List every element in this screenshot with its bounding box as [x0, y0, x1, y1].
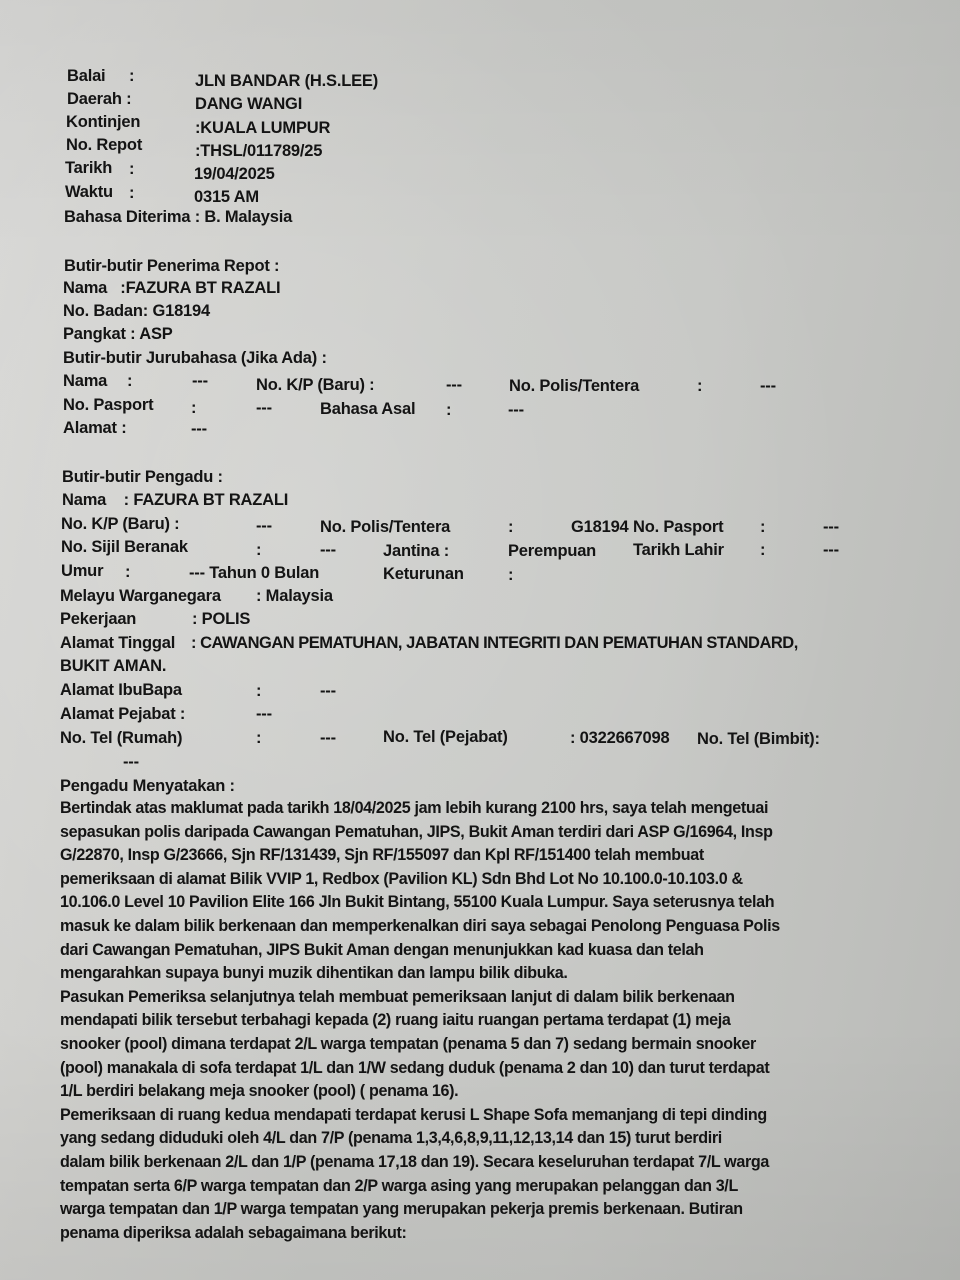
complainant-birthcert-label: No. Sijil Beranak [61, 537, 188, 557]
complainant-name: Nama : FAZURA BT RAZALI [62, 490, 288, 510]
tarikh-colon: : [129, 159, 134, 179]
statement-line: dari Cawangan Pematuhan, JIPS Bukit Aman… [60, 939, 860, 963]
complainant-kp-value: --- [256, 516, 272, 536]
no-repot-label: No. Repot [66, 135, 142, 155]
balai-colon: : [129, 66, 134, 86]
complainant-parents-address-label: Alamat IbuBapa [60, 680, 182, 700]
complainant-age-label: Umur [61, 561, 103, 581]
receiver-badge-no: No. Badan: G18194 [63, 301, 210, 321]
tarikh-value: 19/04/2025 [194, 164, 275, 184]
balai-label: Balai [67, 66, 105, 86]
complainant-home-tel-colon: : [256, 728, 261, 748]
complainant-parents-address-colon: : [256, 681, 261, 701]
complainant-race-colon: : [508, 565, 513, 585]
statement-line: mendapati bilik tersebut terbahagi kepad… [60, 1009, 860, 1033]
complainant-age-value: --- Tahun 0 Bulan [189, 563, 319, 583]
complainant-dob-value: --- [823, 540, 839, 560]
statement-line: Pasukan Pemeriksa selanjutnya telah memb… [60, 986, 860, 1010]
daerah-label: Daerah : [67, 89, 131, 109]
statement-line: (pool) manakala di sofa terdapat 1/L dan… [60, 1057, 860, 1081]
statement-body: Bertindak atas maklumat pada tarikh 18/0… [60, 797, 880, 1245]
complainant-office-tel-value: : 0322667098 [570, 728, 669, 748]
complainant-dob-label: Tarikh Lahir [633, 540, 724, 560]
balai-value: JLN BANDAR (H.S.LEE) [195, 71, 378, 91]
statement-line: Pemeriksaan di ruang kedua mendapati ter… [60, 1104, 860, 1128]
statement-line: tempatan serta 6/P warga tempatan dan 2/… [60, 1175, 860, 1199]
waktu-colon: : [129, 183, 134, 203]
waktu-label: Waktu [65, 182, 113, 202]
complainant-birthcert-value: --- [320, 540, 336, 560]
complainant-polis-colon: : [508, 517, 513, 537]
complainant-kp-label: No. K/P (Baru) : [61, 514, 179, 534]
interpreter-language-value: --- [508, 400, 524, 420]
interpreter-polis-value: --- [760, 376, 776, 396]
complainant-passport-colon: : [760, 517, 765, 537]
complainant-gender-label: Jantina : [383, 541, 449, 561]
receiver-rank: Pangkat : ASP [63, 324, 173, 344]
interpreter-polis-label: No. Polis/Tentera [509, 376, 639, 396]
statement-line: masuk ke dalam bilik berkenaan dan mempe… [60, 915, 860, 939]
complainant-gender-value: Perempuan [508, 541, 596, 561]
complainant-office-address-value: --- [256, 704, 272, 724]
interpreter-kp-label: No. K/P (Baru) : [256, 375, 374, 395]
complainant-home-tel-label: No. Tel (Rumah) [60, 728, 182, 748]
interpreter-name-value: --- [192, 371, 208, 391]
complainant-passport-label: No. Pasport [633, 517, 723, 537]
kontinjen-value: :KUALA LUMPUR [195, 118, 330, 138]
complainant-office-tel-label: No. Tel (Pejabat) [383, 727, 508, 747]
interpreter-name-colon: : [127, 371, 132, 391]
complainant-birthcert-colon: : [256, 540, 261, 560]
complainant-nationality-value: : Malaysia [256, 586, 333, 606]
interpreter-kp-value: --- [446, 375, 462, 395]
complainant-office-address-label: Alamat Pejabat : [60, 704, 185, 724]
complainant-address-value-line2: BUKIT AMAN. [60, 656, 166, 676]
complainant-heading: Butir-butir Pengadu : [62, 467, 223, 487]
statement-line: penama diperiksa adalah sebagaimana beri… [60, 1222, 860, 1246]
kontinjen-label: Kontinjen [66, 112, 140, 132]
complainant-parents-address-value: --- [320, 681, 336, 701]
interpreter-language-colon: : [446, 400, 451, 420]
complainant-polis-label: No. Polis/Tentera [320, 517, 450, 537]
receiver-name: Nama :FAZURA BT RAZALI [63, 278, 280, 298]
interpreter-polis-colon: : [697, 376, 702, 396]
interpreter-address-value: --- [191, 419, 207, 439]
waktu-value: 0315 AM [194, 187, 259, 207]
complainant-mobile-tel-value: --- [123, 752, 139, 772]
interpreter-address-label: Alamat : [63, 418, 127, 438]
interpreter-passport-colon: : [191, 398, 196, 418]
statement-line: 1/L berdiri belakang meja snooker (pool)… [60, 1080, 860, 1104]
interpreter-passport-label: No. Pasport [63, 395, 153, 415]
complainant-passport-value: --- [823, 517, 839, 537]
complainant-occupation-value: : POLIS [192, 609, 250, 629]
complainant-home-tel-value: --- [320, 728, 336, 748]
daerah-value: DANG WANGI [195, 94, 302, 114]
complainant-address-label: Alamat Tinggal [60, 633, 175, 653]
statement-line: dalam bilik berkenaan 2/L dan 1/P (penam… [60, 1151, 860, 1175]
complainant-age-colon: : [125, 562, 130, 582]
interpreter-passport-value: --- [256, 398, 272, 418]
statement-line: warga tempatan dan 1/P warga tempatan ya… [60, 1198, 860, 1222]
statement-line: snooker (pool) dimana terdapat 2/L warga… [60, 1033, 860, 1057]
police-report-page: Balai : JLN BANDAR (H.S.LEE) Daerah : DA… [0, 0, 960, 1280]
statement-line: pemeriksaan di alamat Bilik VVIP 1, Redb… [60, 868, 860, 892]
interpreter-language-label: Bahasa Asal [320, 399, 415, 419]
interpreter-name-label: Nama [63, 371, 107, 391]
interpreter-heading: Butir-butir Jurubahasa (Jika Ada) : [63, 348, 327, 368]
statement-line: G/22870, Insp G/23666, Sjn RF/131439, Sj… [60, 844, 860, 868]
statement-line: sepasukan polis daripada Cawangan Pematu… [60, 821, 860, 845]
complainant-address-value: : CAWANGAN PEMATUHAN, JABATAN INTEGRITI … [191, 633, 798, 653]
complainant-mobile-tel-label: No. Tel (Bimbit): [697, 729, 820, 749]
statement-heading: Pengadu Menyatakan : [60, 776, 235, 796]
complainant-polis-value: G18194 [571, 517, 629, 537]
complainant-dob-colon: : [760, 540, 765, 560]
statement-line: yang sedang diduduki oleh 4/L dan 7/P (p… [60, 1127, 860, 1151]
receiver-heading: Butir-butir Penerima Repot : [64, 256, 279, 276]
complainant-occupation-label: Pekerjaan [60, 609, 136, 629]
bahasa-diterima: Bahasa Diterima : B. Malaysia [64, 207, 292, 227]
complainant-race-label: Keturunan [383, 564, 464, 584]
complainant-nationality-label: Melayu Warganegara [60, 586, 221, 606]
no-repot-value: :THSL/011789/25 [195, 141, 322, 161]
tarikh-label: Tarikh [65, 158, 112, 178]
statement-line: Bertindak atas maklumat pada tarikh 18/0… [60, 797, 860, 821]
statement-line: mengarahkan supaya bunyi muzik dihentika… [60, 962, 860, 986]
statement-line: 10.106.0 Level 10 Pavilion Elite 166 Jln… [60, 891, 860, 915]
